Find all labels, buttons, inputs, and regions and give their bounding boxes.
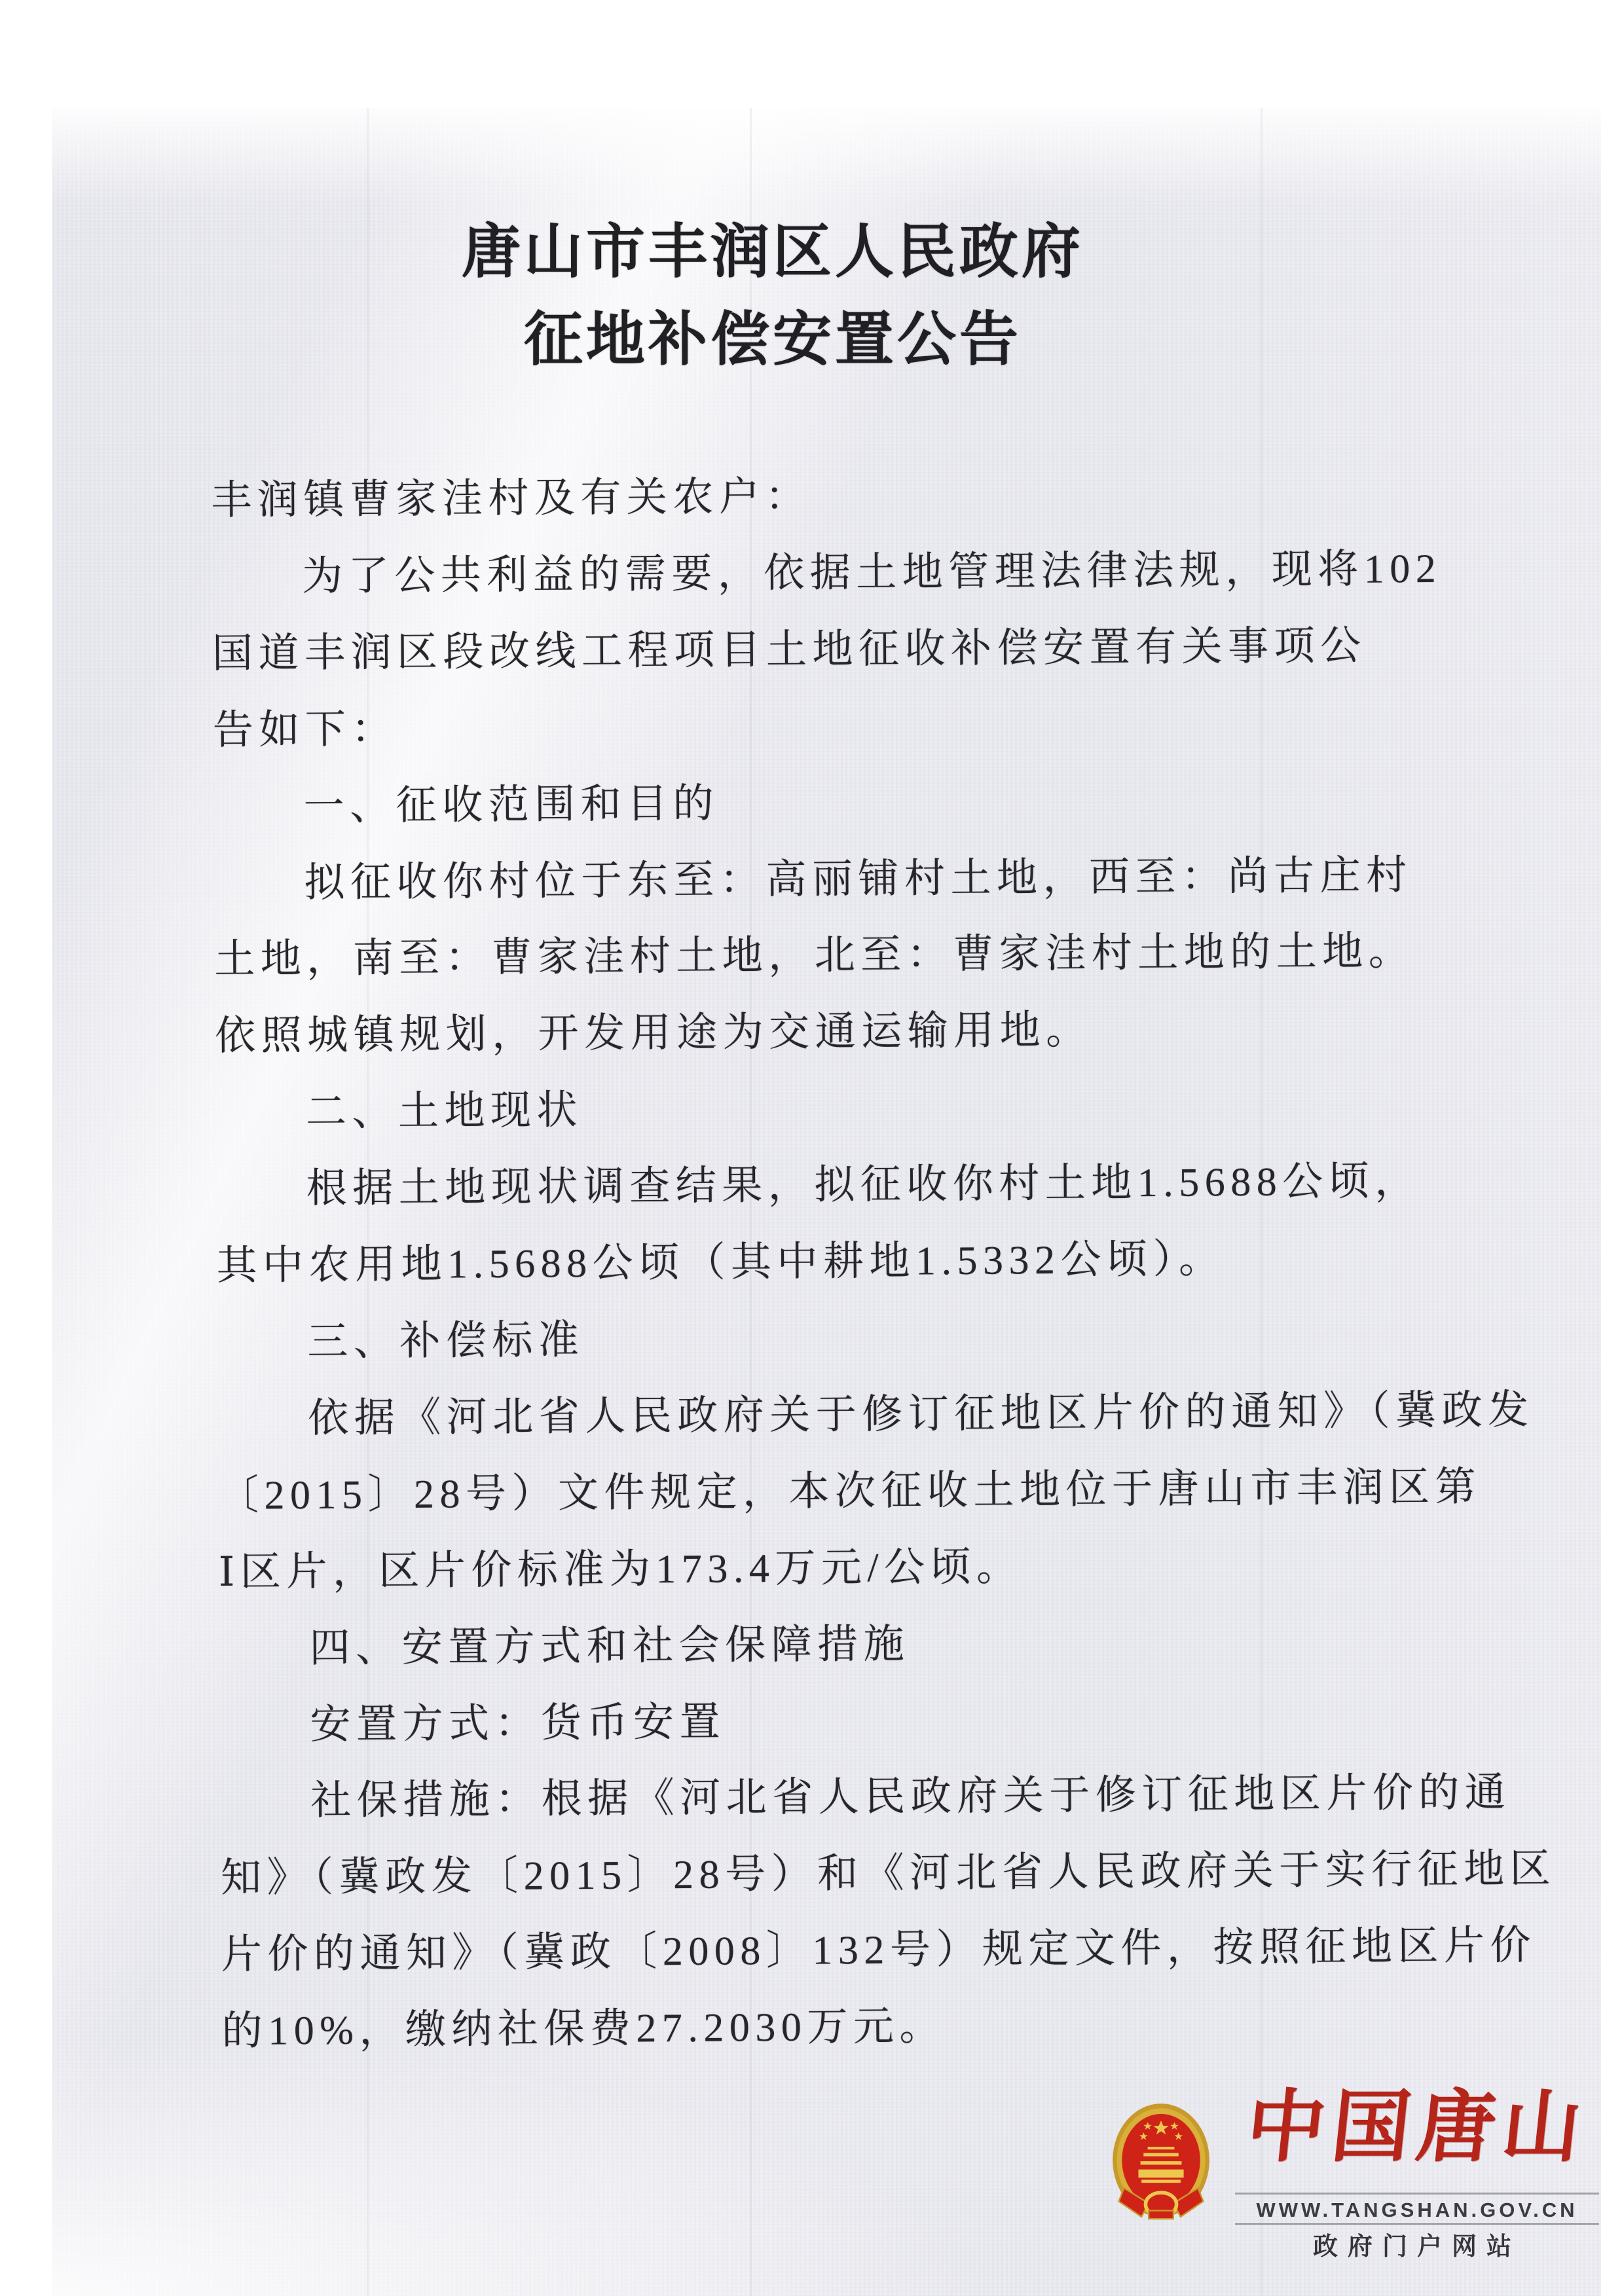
site-caption: 政府门户网站: [1235, 2231, 1599, 2263]
document-title: 唐山市丰润区人民政府 征地补偿安置公告: [179, 209, 1366, 384]
body-text: 丰润镇曹家洼村及有关农户：为了公共利益的需要，依据土地管理法律法规，现将102国…: [211, 454, 1427, 2070]
body-line: 片价的通知》（冀政〔2008〕132号）规定文件，按照征地区片价: [221, 1908, 1427, 1994]
body-line: 〔2015〕28号）文件规定，本次征收土地位于唐山市丰润区第: [218, 1449, 1424, 1535]
body-line: 为了公共利益的需要，依据土地管理法律法规，现将102: [212, 531, 1417, 616]
body-line: 土地，南至：曹家洼村土地，北至：曹家洼村土地的土地。: [214, 914, 1420, 999]
body-line: 三、补偿标准: [217, 1296, 1422, 1381]
china-national-emblem-icon: [1109, 2102, 1213, 2231]
website-url: WWW.TANGSHAN.GOV.CN: [1235, 2197, 1599, 2223]
brand-calligraphy: 中国唐山: [1230, 2079, 1604, 2177]
body-line: 国道丰润区段改线工程项目土地征收补偿安置有关事项公: [212, 608, 1418, 693]
body-line: 丰润镇曹家洼村及有关农户：: [211, 454, 1416, 539]
body-line: 根据土地现状调查结果，拟征收你村土地1.5688公顷，: [215, 1143, 1421, 1228]
body-line: 拟征收你村位于东至：高丽铺村土地，西至：尚古庄村: [213, 837, 1419, 922]
body-line: Ⅰ区片，区片价标准为173.4万元/公顷。: [218, 1526, 1424, 1611]
divider-line: [1235, 2193, 1599, 2195]
body-line: 依照城镇规划，开发用途为交通运输用地。: [215, 990, 1420, 1075]
body-line: 告如下：: [212, 684, 1418, 769]
scanned-document-page: 唐山市丰润区人民政府 征地补偿安置公告 丰润镇曹家洼村及有关农户：为了公共利益的…: [0, 0, 1624, 2296]
body-line: 四、安置方式和社会保障措施: [219, 1603, 1424, 1688]
body-line: 的10%，缴纳社保费27.2030万元。: [221, 1985, 1427, 2070]
body-line: 依据《河北省人民政府关于修订征地区片价的通知》（冀政发: [217, 1373, 1423, 1458]
body-line: 一、征收范围和目的: [213, 761, 1418, 846]
body-line: 二、土地现状: [215, 1066, 1421, 1152]
document-title-line: 唐山市丰润区人民政府: [179, 209, 1366, 297]
body-line: 其中农用地1.5688公顷（其中耕地1.5332公顷）。: [216, 1220, 1422, 1305]
body-line: 社保措施：根据《河北省人民政府关于修订征地区片价的通: [220, 1756, 1426, 1841]
body-line: 知》（冀政发〔2015〕28号）和《河北省人民政府关于实行征地区: [221, 1832, 1426, 1917]
body-line: 安置方式：货币安置: [219, 1679, 1425, 1764]
divider-line: [1235, 2223, 1599, 2225]
document-title-line: 征地补偿安置公告: [179, 297, 1366, 384]
